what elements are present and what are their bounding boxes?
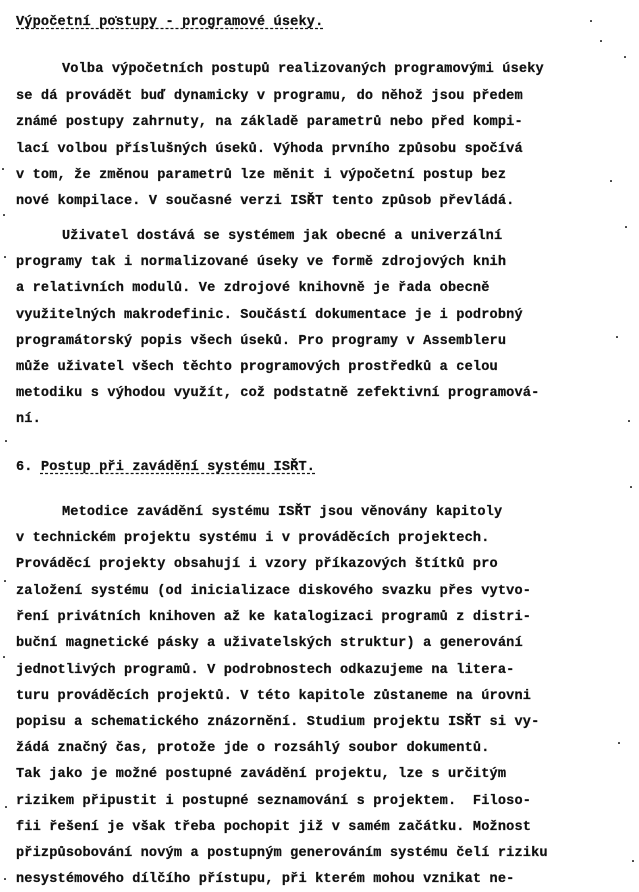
paragraph-1-line-1: Volba výpočetních postupů realizovaných … (62, 61, 544, 79)
paragraph-3-line-11: Tak jako je možné postupné zavádění proj… (16, 766, 506, 784)
speck (3, 214, 5, 216)
speck (625, 226, 627, 228)
paragraph-3-line-10: žádá značný čas, protože jde o rozsáhlý … (16, 740, 490, 758)
paragraph-1-line-3: známé postupy zahrnuty, na základě param… (16, 114, 523, 132)
paragraph-2-line-6: může uživatel všech těchto programových … (16, 359, 498, 377)
speck (3, 656, 5, 658)
speck (600, 40, 602, 42)
speck (115, 16, 117, 18)
paragraph-2-line-4: využitelných makrodefinic. Součástí doku… (16, 307, 523, 325)
section-6-heading: 6. Postup při zavádění systému ISŘT. (16, 459, 315, 477)
paragraph-2-line-3: a relativních modulů. Ve zdrojové knihov… (16, 280, 490, 298)
paragraph-1-line-5: v tom, že změnou parametrů lze měnit i v… (16, 167, 506, 185)
speck (632, 860, 634, 862)
paragraph-3-line-8: turu prováděcích projektů. V této kapito… (16, 688, 531, 706)
speck (4, 878, 6, 880)
section-heading-programove-useky: Výpočetní postupy - programové úseky. (16, 14, 323, 32)
typewritten-page: Výpočetní postupy - programové úseky. Vo… (0, 0, 639, 892)
speck (590, 20, 592, 22)
paragraph-3-line-9: popisu a schematického znázornění. Studi… (16, 714, 539, 732)
section-number: 6. (16, 460, 33, 475)
paragraph-3-line-1: Metodice zavádění systému ISŘT jsou věno… (62, 504, 502, 522)
paragraph-1-line-6: nové kompilace. V současné verzi ISŘT te… (16, 193, 514, 211)
paragraph-1-line-4: lací volbou příslušných úseků. Výhoda pr… (16, 141, 523, 159)
paragraph-2-line-8: ní. (16, 411, 41, 429)
paragraph-3-line-6: buční magnetické pásky a uživatelských s… (16, 635, 523, 653)
speck (618, 742, 620, 744)
speck (4, 256, 6, 258)
paragraph-3-line-3: Prováděcí projekty obsahují i vzory přík… (16, 556, 498, 574)
speck (4, 580, 6, 582)
paragraph-3-line-5: ření privátních knihoven až ke katalogiz… (16, 609, 531, 627)
speck (610, 180, 612, 182)
speck (628, 420, 630, 422)
paragraph-2-line-1: Uživatel dostává se systémem jak obecné … (62, 228, 502, 246)
paragraph-3-line-7: jednotlivých programů. V podrobnostech o… (16, 662, 514, 680)
speck (616, 336, 618, 338)
section-6-title: Postup při zavádění systému ISŘT. (41, 460, 315, 475)
paragraph-2-line-7: metodiku s výhodou využít, což podstatně… (16, 385, 539, 403)
speck (5, 806, 7, 808)
speck (2, 168, 4, 170)
paragraph-3-line-15: nesystémového dílčího přístupu, při kter… (16, 871, 514, 889)
paragraph-2-line-2: programy tak i normalizované úseky ve fo… (16, 254, 506, 272)
paragraph-3-line-14: přizpůsobování novým a postupným generov… (16, 845, 548, 863)
speck (630, 486, 632, 488)
speck (624, 56, 626, 58)
paragraph-3-line-2: v technickém projektu systému i v provád… (16, 530, 490, 548)
paragraph-3-line-12: rizikem připustit i postupné seznamování… (16, 793, 531, 811)
paragraph-1-line-2: se dá provádět buď dynamicky v programu,… (16, 88, 523, 106)
speck (5, 440, 7, 442)
paragraph-3-line-4: založení systému (od inicializace diskov… (16, 583, 531, 601)
paragraph-2-line-5: programátorský popis všech úseků. Pro pr… (16, 333, 506, 351)
paragraph-3-line-13: fii řešení je však třeba pochopit již v … (16, 819, 531, 837)
